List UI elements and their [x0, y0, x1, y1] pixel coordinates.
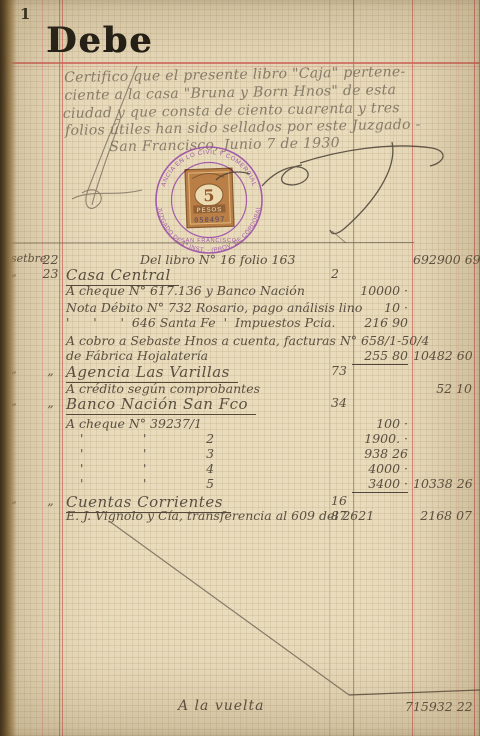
amount1-cell: 4000 ·	[352, 461, 408, 476]
amount2-cell: 52 10	[413, 381, 472, 396]
court-stamp-outer-ring	[156, 147, 262, 253]
folio-cell: 2	[331, 266, 353, 281]
entry-description: A crédito según comprobantes	[66, 381, 260, 396]
revenue-stamp-body	[185, 168, 234, 228]
court-stamp-inner-ring	[172, 163, 247, 238]
ledger-row: A cheque N° 617.136 y Banco Nación 10000…	[0, 283, 480, 299]
ledger-row: A cheque N° 39237/1 100 ·	[0, 416, 480, 432]
amount1-cell: 1900. ·	[352, 431, 408, 446]
month-cell: „	[11, 266, 41, 279]
day-cell: 22	[41, 252, 60, 267]
account-title: Agencia Las Varillas	[66, 363, 238, 383]
stamp-value: 5	[203, 186, 215, 205]
ledger-row: de Fábrica Hojalatería 255 80 10482 60	[0, 348, 480, 364]
amount1-cell: 216 90	[352, 315, 408, 330]
entry-description: A cobro a Sebaste Hnos a cuenta, factura…	[66, 333, 429, 348]
folio-cell: 87	[331, 508, 353, 523]
ledger-row: „ „ Cuentas Corrientes 16	[0, 493, 480, 509]
entry-description: ' ' 3	[66, 446, 214, 461]
carry-forward-note: A la vuelta	[178, 698, 265, 714]
ledger-page: 1 Debe Certifico que el presente libro "…	[0, 0, 480, 736]
entry-description: A cheque N° 39237/1	[66, 416, 202, 431]
amount1-cell: 10 ·	[352, 300, 408, 315]
svg-text:ANCIA EN LO CIVIL Y COMERCIAL: ANCIA EN LO CIVIL Y COMERCIAL	[160, 149, 258, 188]
amount2-cell: 10482 60	[413, 348, 472, 363]
amount2-cell: 2168 07	[413, 508, 472, 523]
ledger-row: „ „ Banco Nación San Fco 34	[0, 395, 480, 411]
entry-description: ' ' 5	[66, 476, 214, 491]
ledger-row: „ „ Agencia Las Varillas 73	[0, 363, 480, 379]
court-stamp: ANCIA EN LO CIVIL Y COMERCIAL JUZGADO DE…	[156, 147, 263, 254]
ledger-row: Nota Débito N° 732 Rosario, pago análisi…	[0, 300, 480, 316]
ledger-row: E. J. Vignolo y Cía, transferencia al 60…	[0, 508, 480, 524]
folio-cell: 16	[331, 493, 353, 508]
page-number: 1	[20, 5, 30, 23]
ledger-row: ' ' 3 938 26	[0, 446, 480, 462]
ledger-row: ' ' ' 646 Santa Fe ' Impuestos Pcia. 216…	[0, 315, 480, 331]
amount2-cell: 692900 69	[413, 252, 472, 267]
entry-description: ' ' 4	[66, 461, 214, 476]
amount2-cell: 10338 26	[413, 476, 472, 491]
revenue-stamp: 5 PESOS 050497	[185, 168, 234, 228]
closing-diagonal-line	[109, 521, 349, 695]
pencil-tick	[332, 231, 346, 243]
entry-description: de Fábrica Hojalatería	[66, 348, 208, 363]
revenue-stamp-oval	[195, 184, 224, 207]
month-cell: „	[11, 395, 41, 408]
entry-description: E. J. Vignolo y Cía, transferencia al 60…	[66, 508, 374, 523]
entry-description: ' ' ' 646 Santa Fe ' Impuestos Pcia.	[66, 315, 335, 330]
ledger-row: „ 23 Casa Central 2	[0, 266, 480, 282]
ledger-row: A cobro a Sebaste Hnos a cuenta, factura…	[0, 333, 480, 349]
amount1-cell: 10000 ·	[352, 283, 408, 298]
amount1-cell: 938 26	[352, 446, 408, 461]
day-cell: „	[41, 395, 60, 410]
day-cell: „	[41, 493, 60, 508]
stamp-currency: PESOS	[196, 207, 222, 214]
header-rule	[0, 62, 480, 64]
folio-cell: 34	[331, 395, 353, 410]
entry-description: Del libro N° 16 folio 163	[66, 252, 295, 267]
certificate-dateline: San Francisco, Junio 7 de 1930	[109, 135, 340, 155]
ledger-row: ' ' 5 3400 · 10338 26	[0, 476, 480, 492]
ledger-row: ' ' 2 1900. ·	[0, 431, 480, 447]
day-cell: „	[41, 363, 60, 378]
court-stamp-ring-text-bottom: JUZGADO DE 1ª INST. · (PROV. DE CÓRDOBA)	[156, 207, 263, 254]
ledger-row: ' ' 4 4000 ·	[0, 461, 480, 477]
revenue-stamp-inner-border	[189, 172, 231, 224]
entry-description: ' ' 2	[66, 431, 214, 446]
revenue-stamp-banner	[193, 204, 225, 213]
carry-forward-total: 715932 22	[405, 699, 471, 714]
court-stamp-ring-text-top: ANCIA EN LO CIVIL Y COMERCIAL	[160, 149, 258, 188]
amount1-cell: 100 ·	[352, 416, 408, 431]
svg-text:JUZGADO DE 1ª INST. · (PROV. D: JUZGADO DE 1ª INST. · (PROV. DE CÓRDOBA)	[156, 207, 263, 254]
account-title: Banco Nación San Fco	[66, 395, 256, 415]
total-rule-line	[349, 690, 480, 695]
month-cell: „	[11, 493, 41, 506]
court-stamp-city: SAN FRANCISCO	[181, 238, 237, 244]
month-cell: „	[11, 363, 41, 376]
page-title: Debe	[46, 20, 153, 61]
entry-description: Nota Débito N° 732 Rosario, pago análisi…	[66, 300, 362, 315]
folio-cell: 73	[331, 363, 353, 378]
amount1-subtotal-cell: 3400 ·	[352, 476, 408, 493]
stamp-serial: 050497	[194, 215, 226, 224]
entry-description: A cheque N° 617.136 y Banco Nación	[66, 283, 305, 298]
month-cell: setbre	[11, 252, 41, 265]
revenue-stamp-arch	[192, 173, 224, 179]
day-cell: 23	[41, 266, 60, 281]
